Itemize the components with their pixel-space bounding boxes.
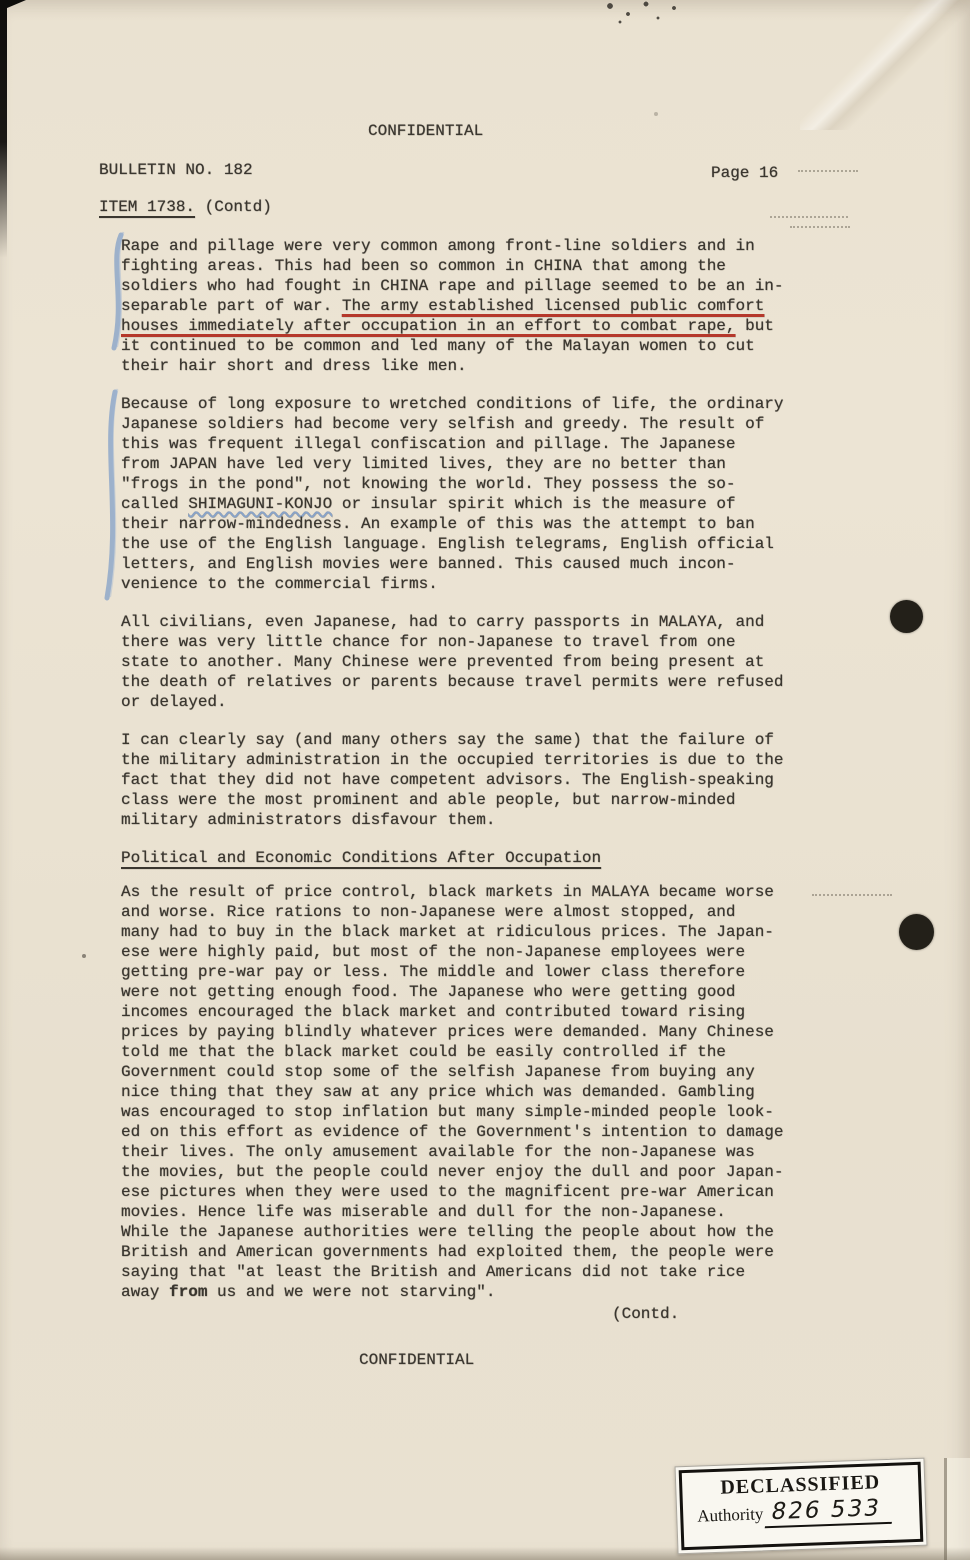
scan-corner-wedge [0,0,26,11]
section-heading: Political and Economic Conditions After … [121,848,601,868]
typed-text: While the Japanese authorities were tell… [121,1223,774,1241]
typed-text: Because of long exposure to wretched con… [121,395,784,413]
typed-text: Government could stop some of the selfis… [121,1063,755,1081]
typed-text: their narrow-mindedness. An example of t… [121,515,755,533]
paragraph-price-control: As the result of price control, black ma… [121,882,841,1302]
item-heading: ITEM 1738. (Contd) [99,197,272,217]
typed-text: the movies, but the people could never e… [121,1163,784,1181]
typed-text: there was very little chance for non-Jap… [121,633,736,651]
typed-text: As the result of price control, black ma… [121,883,774,901]
typed-text: Japanese soldiers had become very selfis… [121,415,764,433]
typed-text: military administrators disfavour them. [121,811,495,829]
typed-text: from JAPAN have led very limited lives, … [121,455,726,473]
typed-text: ese were highly paid, but most of the no… [121,943,745,961]
smudge-mark [770,216,848,218]
paragraph-military-administration: I can clearly say (and many others say t… [121,730,841,830]
typed-text: their hair short and dress like men. [121,357,467,375]
smudge-mark [798,170,858,172]
punch-hole-top [890,600,923,633]
typed-text: were not getting enough food. The Japane… [121,983,736,1001]
ink-splatter [598,0,690,28]
typed-text: prices by paying blindly whatever prices… [121,1023,774,1041]
typed-text: away [121,1283,169,1301]
typed-text: this was frequent illegal confiscation a… [121,435,736,453]
typed-text: or delayed. [121,693,227,711]
classification-footer: CONFIDENTIAL [359,1350,474,1370]
typed-text: the use of the English language. English… [121,535,774,553]
stamp-authority-number: 826 533 [765,1495,897,1529]
typed-text: told me that the black market could be e… [121,1043,726,1061]
paragraph-rape-and-pillage: Rape and pillage were very common among … [121,236,841,376]
typed-text: I can clearly say (and many others say t… [121,731,774,749]
typed-text: separable part of war. [121,297,342,315]
scan-edge-left [0,0,7,258]
typed-text: British and American governments had exp… [121,1243,774,1261]
ink-speck [82,954,86,958]
typed-text: called [121,495,188,513]
annotated-text-u-blue: SHIMAGUNI-KONJO [188,495,332,513]
typed-text: their lives. The only amusement availabl… [121,1143,755,1161]
typed-text: ed on this effort as evidence of the Gov… [121,1123,784,1141]
annotated-text-u-red: The army established licensed public com… [342,297,764,315]
typed-text: venience to the commercial firms. [121,575,438,593]
typed-text: the death of relatives or parents becaus… [121,673,784,691]
typed-text: ese pictures when they were used to the … [121,1183,774,1201]
ink-speck [654,112,658,116]
stamp-authority-label: Authority [697,1504,764,1525]
paper-crease [800,0,970,130]
typed-text: "frogs in the pond", not knowing the wor… [121,475,736,493]
typed-text: or insular spirit which is the measure o… [332,495,735,513]
annotated-text-u-red: houses immediately after occupation in a… [121,317,736,335]
typed-text: All civilians, even Japanese, had to car… [121,613,764,631]
typed-text: fighting areas. This had been so common … [121,257,726,275]
classification-header: CONFIDENTIAL [368,121,483,141]
annotated-text-bold: from [169,1283,207,1301]
smudge-mark [790,226,850,228]
typed-text: fact that they did not have competent ad… [121,771,774,789]
typed-text: saying that "at least the British and Am… [121,1263,745,1281]
typed-text: but [736,317,774,335]
typed-text: movies. Hence life was miserable and dul… [121,1203,726,1221]
item-number: ITEM 1738. [99,198,195,216]
typed-text: incomes encouraged the black market and … [121,1003,745,1021]
paragraph-wretched-conditions: Because of long exposure to wretched con… [121,394,841,594]
bulletin-number: BULLETIN NO. 182 [99,160,253,180]
paragraph-passports: All civilians, even Japanese, had to car… [121,612,841,712]
typed-text: class were the most prominent and able p… [121,791,736,809]
typed-text: was encouraged to stop inflation but man… [121,1103,774,1121]
punch-hole-bottom [899,914,934,950]
item-contd-label: (Contd) [195,198,272,216]
typed-text: nice thing that they saw at any price wh… [121,1083,755,1101]
typed-text: many had to buy in the black market at r… [121,923,774,941]
typed-text: and worse. Rice rations to non-Japanese … [121,903,736,921]
scanned-document-page: CONFIDENTIAL BULLETIN NO. 182 Page 16 IT… [0,0,970,1560]
typed-text: state to another. Many Chinese were prev… [121,653,764,671]
declassified-stamp: DECLASSIFIED Authority826 533 [675,1458,928,1555]
document-body: Rape and pillage were very common among … [121,236,841,1320]
stamp-border: DECLASSIFIED Authority826 533 [679,1462,924,1550]
page-number: Page 16 [711,163,778,183]
typed-text: soldiers who had fought in CHINA rape an… [121,277,784,295]
typed-text: it continued to be common and led many o… [121,337,755,355]
typed-text: getting pre-war pay or less. The middle … [121,963,745,981]
typed-text: letters, and English movies were banned.… [121,555,736,573]
contd-marker: (Contd. [612,1304,679,1324]
underlying-page-sheet [947,1458,970,1560]
typed-text: us and we were not starving". [207,1283,495,1301]
typed-text: the military administration in the occup… [121,751,784,769]
typed-text: Rape and pillage were very common among … [121,237,755,255]
